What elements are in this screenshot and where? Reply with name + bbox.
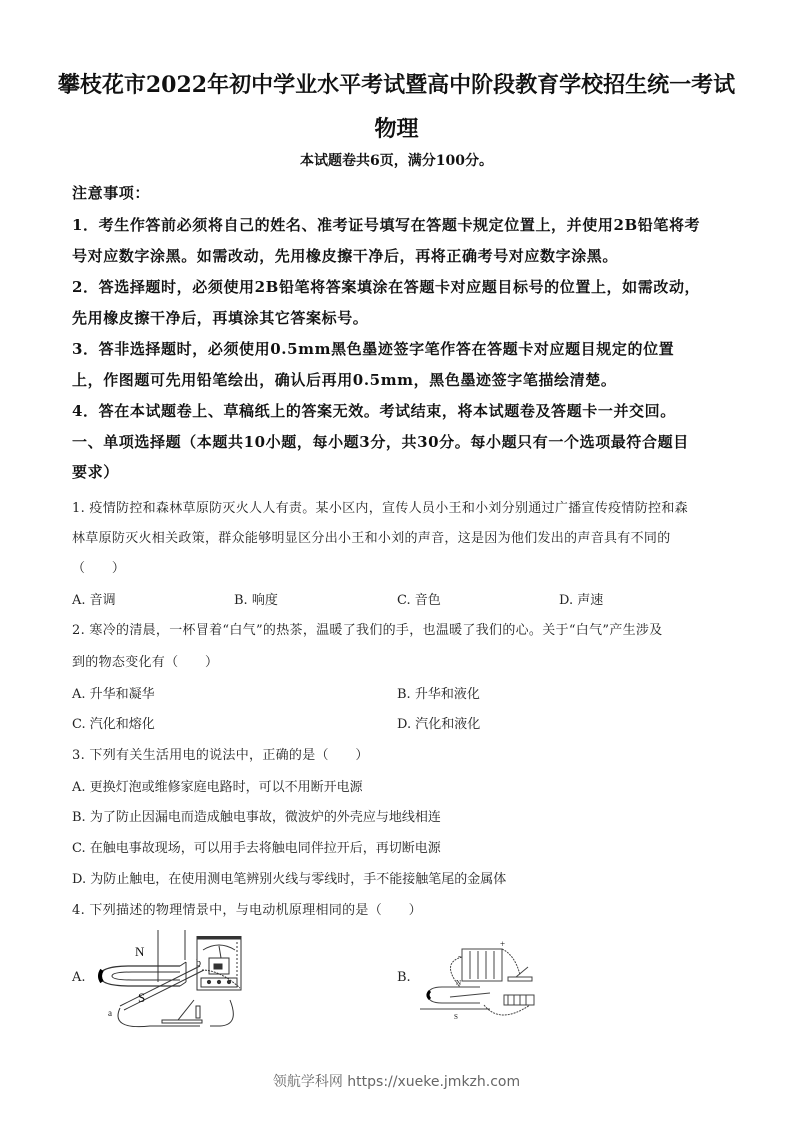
note-line: 2．答选择题时，必须使用2B铅笔将答案填涂在答题卡对应题目标号的位置上，如需改动… bbox=[72, 276, 700, 297]
question-3-text: 3. 下列有关生活用电的说法中，正确的是（ ） bbox=[72, 744, 369, 763]
note-line: 上，作图题可先用铅笔绘出，确认后再用0.5mm，黑色墨迹签字笔描绘清楚。 bbox=[72, 369, 616, 390]
note-line: 先用橡皮擦干净后，再填涂其它答案标号。 bbox=[72, 307, 368, 328]
question-1-text: 1. 疫情防控和森林草原防灭火人人有责。某小区内，宣传人员小王和小刘分别通过广播… bbox=[72, 497, 688, 516]
question-1-option-a: A. 音调 bbox=[72, 589, 116, 608]
galvanometer-icon bbox=[195, 936, 247, 994]
section-heading: 一、单项选择题（本题共10小题，每小题3分，共30分。每小题只有一个选项最符合题… bbox=[72, 431, 689, 452]
question-3-option-a: A. 更换灯泡或维修家庭电路时，可以不用断开电源 bbox=[72, 776, 363, 795]
question-4-text: 4. 下列描述的物理情景中，与电动机原理相同的是（ ） bbox=[72, 899, 422, 918]
question-1-option-d: D. 声速 bbox=[559, 589, 603, 608]
figure-b-label-n: N bbox=[456, 979, 461, 987]
figure-a-label-s: S bbox=[138, 990, 145, 1005]
exam-title: 攀枝花市2022年初中学业水平考试暨高中阶段教育学校招生统一考试 bbox=[0, 68, 793, 99]
subject-title: 物理 bbox=[0, 112, 793, 143]
figure-b-label-s: S bbox=[454, 1013, 458, 1021]
note-line: 1．考生作答前必须将自己的姓名、准考证号填写在答题卡规定位置上，并使用2B铅笔将… bbox=[72, 214, 700, 235]
note-line: 3．答非选择题时，必须使用0.5mm黑色墨迹签字笔作答在答题卡对应题目规定的位置 bbox=[72, 338, 674, 359]
question-3-option-c: C. 在触电事故现场，可以用手去将触电同伴拉开后，再切断电源 bbox=[72, 837, 441, 856]
figure-b-label-minus: - bbox=[458, 951, 461, 961]
figure-a-label-n: N bbox=[135, 944, 145, 959]
watermark-footer: 领航学科网 https://xueke.jmkzh.com bbox=[0, 1071, 793, 1091]
question-1-option-b: B. 响度 bbox=[234, 589, 278, 608]
question-2-option-c: C. 汽化和熔化 bbox=[72, 713, 155, 732]
notes-heading: 注意事项： bbox=[72, 182, 150, 203]
note-line: 4．答在本试题卷上、草稿纸上的答案无效。考试结束，将本试题卷及答题卡一并交回。 bbox=[72, 400, 676, 421]
question-2-option-d: D. 汽化和液化 bbox=[397, 713, 480, 732]
exam-page: 攀枝花市2022年初中学业水平考试暨高中阶段教育学校招生统一考试 物理 本试题卷… bbox=[0, 0, 793, 1122]
page-info: 本试题卷共6页，满分100分。 bbox=[0, 150, 793, 170]
question-1-text: 林草原防灭火相关政策，群众能够明显区分出小王和小刘的声音，这是因为他们发出的声音… bbox=[72, 527, 671, 546]
question-2-text: 2. 寒冷的清晨，一杯冒着“白气”的热茶，温暖了我们的手，也温暖了我们的心。关于… bbox=[72, 619, 663, 638]
section-heading-cont: 要求） bbox=[72, 461, 119, 482]
figure-b-label-plus: + bbox=[500, 939, 505, 949]
figure-b-motor-diagram: + - N S bbox=[420, 935, 550, 1025]
question-2-option-a: A. 升华和凝华 bbox=[72, 683, 155, 702]
note-line: 号对应数字涂黑。如需改动，先用橡皮擦干净后，再将正确考号对应数字涂黑。 bbox=[72, 245, 618, 266]
question-3-option-d: D. 为防止触电，在使用测电笔辨别火线与零线时，手不能接触笔尾的金属体 bbox=[72, 868, 506, 887]
question-2-text: 到的物态变化有（ ） bbox=[72, 651, 218, 670]
question-4-option-a: A. bbox=[72, 970, 86, 985]
figure-a-label-a: a bbox=[108, 1008, 112, 1018]
question-1-blank: （ ） bbox=[72, 557, 125, 576]
question-4-option-b: B. bbox=[397, 970, 411, 985]
question-1-option-c: C. 音色 bbox=[397, 589, 441, 608]
question-3-option-b: B. 为了防止因漏电而造成触电事故，微波炉的外壳应与地线相连 bbox=[72, 806, 441, 825]
question-2-option-b: B. 升华和液化 bbox=[397, 683, 480, 702]
